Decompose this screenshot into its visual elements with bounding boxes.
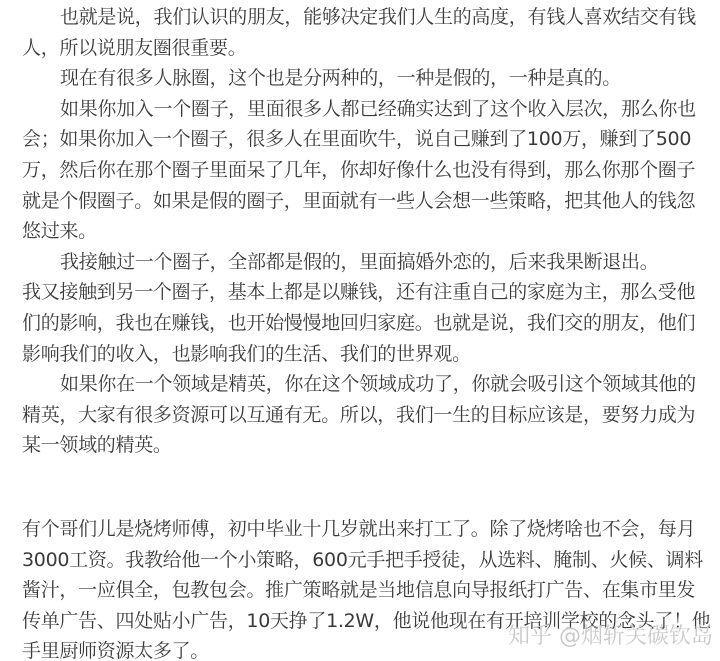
paragraph-friends-height: 也就是说，我们认识的朋友，能够决定我们人生的高度，有钱人喜欢结交有钱人，所以说朋… (22, 2, 712, 63)
paragraph-gap (22, 461, 712, 514)
article-body: 也就是说，我们认识的朋友，能够决定我们人生的高度，有钱人喜欢结交有钱人，所以说朋… (22, 2, 712, 661)
paragraph-another-circle: 我又接触到另一个圈子，基本上都是以赚钱，还有注重自己的家庭为主，那么受他们的影响… (22, 277, 712, 369)
paragraph-real-vs-fake-circle: 如果你加入一个圈子，里面很多人都已经确实达到了这个收入层次，那么你也会；如果你加… (22, 94, 712, 247)
paragraph-become-elite: 如果你在一个领域是精英，你在这个领域成功了，你就会吸引这个领域其他的精英，大家有… (22, 369, 712, 461)
paragraph-fake-circle-exit: 我接触过一个圈子，全部都是假的，里面搞婚外恋的，后来我果断退出。 (22, 247, 712, 278)
zhihu-watermark: 知乎 @烟斩关碳钦岛 (508, 619, 713, 650)
paragraph-two-kinds-circles: 现在有很多人脉圈，这个也是分两种的，一种是假的，一种是真的。 (22, 63, 712, 94)
